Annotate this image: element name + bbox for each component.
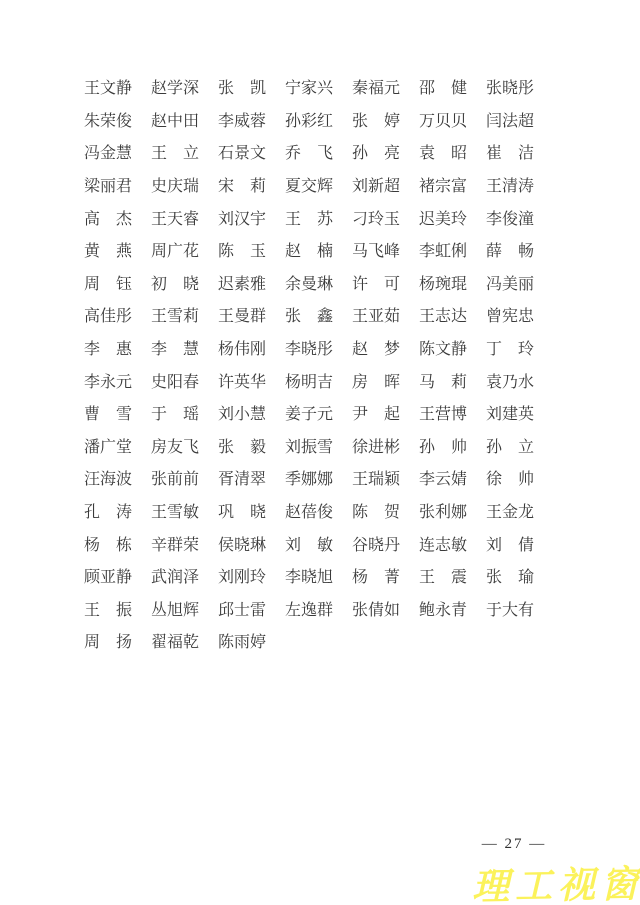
roster-name: 李 惠 bbox=[84, 334, 132, 367]
roster-name: 迟素雅 bbox=[218, 269, 266, 302]
roster-name: 王 震 bbox=[419, 562, 467, 595]
roster-name: 刘 敏 bbox=[285, 529, 333, 562]
roster-name: 房友飞 bbox=[151, 432, 199, 465]
roster-name: 张倩如 bbox=[352, 595, 400, 628]
roster-name bbox=[419, 627, 467, 660]
roster-name: 王清涛 bbox=[486, 171, 534, 204]
roster-name: 张 毅 bbox=[218, 432, 266, 465]
roster-name: 王瑞颖 bbox=[352, 464, 400, 497]
roster-name: 陈文静 bbox=[419, 334, 467, 367]
roster-name: 初 晓 bbox=[151, 269, 199, 302]
roster-name: 张晓彤 bbox=[486, 73, 534, 106]
roster-name: 刘振雪 bbox=[285, 432, 333, 465]
roster-name: 王天睿 bbox=[151, 203, 199, 236]
roster-name: 李俊潼 bbox=[486, 203, 534, 236]
roster-name: 姜子元 bbox=[285, 399, 333, 432]
roster-name: 杨 栋 bbox=[84, 529, 132, 562]
roster-name: 马飞峰 bbox=[352, 236, 400, 269]
roster-name: 王亚茹 bbox=[352, 301, 400, 334]
roster-name: 季娜娜 bbox=[285, 464, 333, 497]
roster-name: 巩 晓 bbox=[218, 497, 266, 530]
roster-name: 辛群荣 bbox=[151, 529, 199, 562]
roster-name bbox=[285, 627, 333, 660]
page-number: — 27 — bbox=[468, 836, 560, 853]
roster-name: 夏交辉 bbox=[285, 171, 333, 204]
roster-name: 陈 贺 bbox=[352, 497, 400, 530]
document-page: 王文静赵学深张 凯宁家兴秦福元邵 健张晓彤朱荣俊赵中田李威蓉孙彩红张 婷万贝贝闫… bbox=[0, 0, 640, 905]
roster-name: 秦福元 bbox=[352, 73, 400, 106]
roster-name: 赵学深 bbox=[151, 73, 199, 106]
roster-name: 王雪敏 bbox=[151, 497, 199, 530]
roster-name: 邵 健 bbox=[419, 73, 467, 106]
roster-name: 李晓旭 bbox=[285, 562, 333, 595]
roster-name: 邱士雷 bbox=[218, 595, 266, 628]
roster-name: 胥清翠 bbox=[218, 464, 266, 497]
roster-name bbox=[486, 627, 534, 660]
roster-name: 薛 畅 bbox=[486, 236, 534, 269]
roster-name: 王曼群 bbox=[218, 301, 266, 334]
roster-name: 刘 倩 bbox=[486, 529, 534, 562]
roster-name: 赵 梦 bbox=[352, 334, 400, 367]
roster-name: 高 杰 bbox=[84, 203, 132, 236]
roster-name: 李 慧 bbox=[151, 334, 199, 367]
roster-name: 张利娜 bbox=[419, 497, 467, 530]
roster-name: 史阳春 bbox=[151, 366, 199, 399]
roster-name: 万贝贝 bbox=[419, 106, 467, 139]
roster-name: 王雪莉 bbox=[151, 301, 199, 334]
roster-name: 李晓彤 bbox=[285, 334, 333, 367]
roster-name: 王文静 bbox=[84, 73, 132, 106]
roster-name: 刘汉宇 bbox=[218, 203, 266, 236]
roster-name: 乔 飞 bbox=[285, 138, 333, 171]
roster-name: 孙 亮 bbox=[352, 138, 400, 171]
roster-name: 张前前 bbox=[151, 464, 199, 497]
roster-name: 王金龙 bbox=[486, 497, 534, 530]
roster-name: 王 振 bbox=[84, 595, 132, 628]
roster-name: 李虹俐 bbox=[419, 236, 467, 269]
roster-name: 袁乃水 bbox=[486, 366, 534, 399]
roster-name: 石景文 bbox=[218, 138, 266, 171]
roster-name: 汪海波 bbox=[84, 464, 132, 497]
roster-name: 朱荣俊 bbox=[84, 106, 132, 139]
roster-name: 杨 菁 bbox=[352, 562, 400, 595]
roster-name: 房 晖 bbox=[352, 366, 400, 399]
roster-name: 杨琬琨 bbox=[419, 269, 467, 302]
roster-name: 冯美丽 bbox=[486, 269, 534, 302]
roster-name: 顾亚静 bbox=[84, 562, 132, 595]
roster-name: 余曼琳 bbox=[285, 269, 333, 302]
roster-name: 翟福乾 bbox=[151, 627, 199, 660]
roster-name: 许英华 bbox=[218, 366, 266, 399]
roster-name: 张 瑜 bbox=[486, 562, 534, 595]
roster-name: 孙彩红 bbox=[285, 106, 333, 139]
roster-name: 孙 立 bbox=[486, 432, 534, 465]
roster-name: 刘新超 bbox=[352, 171, 400, 204]
roster-name: 陈 玉 bbox=[218, 236, 266, 269]
roster-name bbox=[352, 627, 400, 660]
roster-name: 陈雨婷 bbox=[218, 627, 266, 660]
roster-name: 周广花 bbox=[151, 236, 199, 269]
roster-name: 闫法超 bbox=[486, 106, 534, 139]
roster-name: 于 瑶 bbox=[151, 399, 199, 432]
publication-watermark: 理工视窗 bbox=[472, 854, 640, 905]
roster-name: 赵中田 bbox=[151, 106, 199, 139]
roster-name: 刘刚玲 bbox=[218, 562, 266, 595]
roster-name: 许 可 bbox=[352, 269, 400, 302]
roster-name: 李威蓉 bbox=[218, 106, 266, 139]
roster-name: 丛旭辉 bbox=[151, 595, 199, 628]
roster-name: 曹 雪 bbox=[84, 399, 132, 432]
roster-name: 崔 洁 bbox=[486, 138, 534, 171]
roster-name: 李云婧 bbox=[419, 464, 467, 497]
roster-name: 刘建英 bbox=[486, 399, 534, 432]
roster-name: 迟美玲 bbox=[419, 203, 467, 236]
roster-name: 高佳彤 bbox=[84, 301, 132, 334]
roster-name: 丁 玲 bbox=[486, 334, 534, 367]
name-roster-grid: 王文静赵学深张 凯宁家兴秦福元邵 健张晓彤朱荣俊赵中田李威蓉孙彩红张 婷万贝贝闫… bbox=[84, 73, 536, 660]
roster-name: 刘小慧 bbox=[218, 399, 266, 432]
roster-name: 张 婷 bbox=[352, 106, 400, 139]
roster-name: 孙 帅 bbox=[419, 432, 467, 465]
roster-name: 黄 燕 bbox=[84, 236, 132, 269]
roster-name: 周 扬 bbox=[84, 627, 132, 660]
roster-name: 孔 涛 bbox=[84, 497, 132, 530]
roster-name: 潘广堂 bbox=[84, 432, 132, 465]
roster-name: 鲍永青 bbox=[419, 595, 467, 628]
roster-name: 宁家兴 bbox=[285, 73, 333, 106]
roster-name: 王营博 bbox=[419, 399, 467, 432]
roster-name: 冯金慧 bbox=[84, 138, 132, 171]
roster-name: 周 钰 bbox=[84, 269, 132, 302]
roster-name: 史庆瑞 bbox=[151, 171, 199, 204]
roster-name: 赵 楠 bbox=[285, 236, 333, 269]
roster-name: 王 立 bbox=[151, 138, 199, 171]
roster-name: 杨伟刚 bbox=[218, 334, 266, 367]
roster-name: 赵蓓俊 bbox=[285, 497, 333, 530]
roster-name: 曾宪忠 bbox=[486, 301, 534, 334]
roster-name: 马 莉 bbox=[419, 366, 467, 399]
roster-name: 于大有 bbox=[486, 595, 534, 628]
roster-name: 左逸群 bbox=[285, 595, 333, 628]
roster-name: 连志敏 bbox=[419, 529, 467, 562]
roster-name: 尹 起 bbox=[352, 399, 400, 432]
roster-name: 王 苏 bbox=[285, 203, 333, 236]
roster-name: 杨明吉 bbox=[285, 366, 333, 399]
roster-name: 褚宗富 bbox=[419, 171, 467, 204]
roster-name: 张 凯 bbox=[218, 73, 266, 106]
roster-name: 梁丽君 bbox=[84, 171, 132, 204]
roster-name: 徐 帅 bbox=[486, 464, 534, 497]
roster-name: 刁玲玉 bbox=[352, 203, 400, 236]
roster-name: 徐进彬 bbox=[352, 432, 400, 465]
roster-name: 谷晓丹 bbox=[352, 529, 400, 562]
roster-name: 宋 莉 bbox=[218, 171, 266, 204]
roster-name: 袁 昭 bbox=[419, 138, 467, 171]
roster-name: 侯晓琳 bbox=[218, 529, 266, 562]
roster-name: 张 鑫 bbox=[285, 301, 333, 334]
roster-name: 武润泽 bbox=[151, 562, 199, 595]
roster-name: 李永元 bbox=[84, 366, 132, 399]
roster-name: 王志达 bbox=[419, 301, 467, 334]
